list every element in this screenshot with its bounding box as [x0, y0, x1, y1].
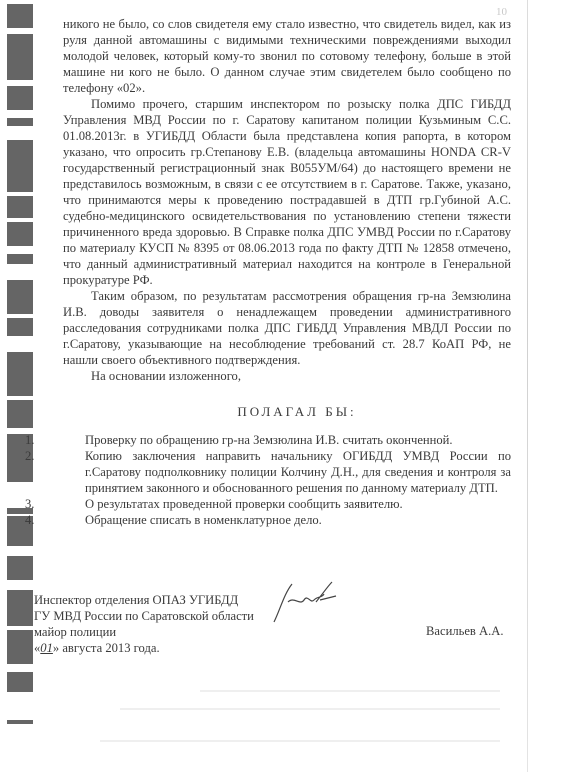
date-day: 01 [40, 641, 53, 655]
paragraph-conclusion: Таким образом, по результатам рассмотрен… [63, 288, 511, 368]
decision-list: 1. Проверку по обращению гр-на Земзюлина… [63, 432, 511, 528]
decision-text: Проверку по обращению гр-на Земзюлина И.… [85, 433, 453, 447]
signatory-name: Васильев А.А. [426, 624, 504, 639]
decision-item: 1. Проверку по обращению гр-на Земзюлина… [63, 432, 511, 448]
decision-item: 3. О результатах проведенной проверки со… [63, 496, 511, 512]
scan-edge-line [527, 0, 528, 772]
paragraph-witness: никого не было, со слов свидетеля ему ст… [63, 16, 511, 96]
paragraph-report: Помимо прочего, старшим инспектором по р… [63, 96, 511, 288]
decision-text: Обращение списать в номенклатурное дело. [85, 513, 322, 527]
decision-number: 4. [25, 512, 34, 528]
signature-block: Инспектор отделения ОПАЗ УГИБДД ГУ МВД Р… [34, 592, 254, 656]
signatory-rank: майор полиции [34, 624, 254, 640]
scan-binding-edge [7, 0, 33, 772]
decision-number: 1. [25, 432, 34, 448]
decision-text: О результатах проведенной проверки сообщ… [85, 497, 403, 511]
bleed-through-line [200, 690, 500, 692]
paragraph-basis: На основании изложенного, [63, 368, 511, 384]
decision-item: 4. Обращение списать в номенклатурное де… [63, 512, 511, 528]
decision-text: Копию заключения направить начальнику ОГ… [85, 449, 511, 495]
decision-item: 2. Копию заключения направить начальнику… [63, 448, 511, 496]
signatory-department: ГУ МВД России по Саратовской области [34, 608, 254, 624]
bleed-through-line [120, 708, 500, 710]
signatory-position: Инспектор отделения ОПАЗ УГИБДД [34, 592, 254, 608]
bleed-through-line [100, 740, 500, 742]
document-body: никого не было, со слов свидетеля ему ст… [63, 16, 511, 528]
decision-heading: ПОЛАГАЛ БЫ: [63, 404, 511, 420]
handwritten-signature-icon [270, 580, 340, 626]
signature-date: «01» августа 2013 года. [34, 640, 254, 656]
decision-number: 2. [25, 448, 34, 464]
decision-number: 3. [25, 496, 34, 512]
